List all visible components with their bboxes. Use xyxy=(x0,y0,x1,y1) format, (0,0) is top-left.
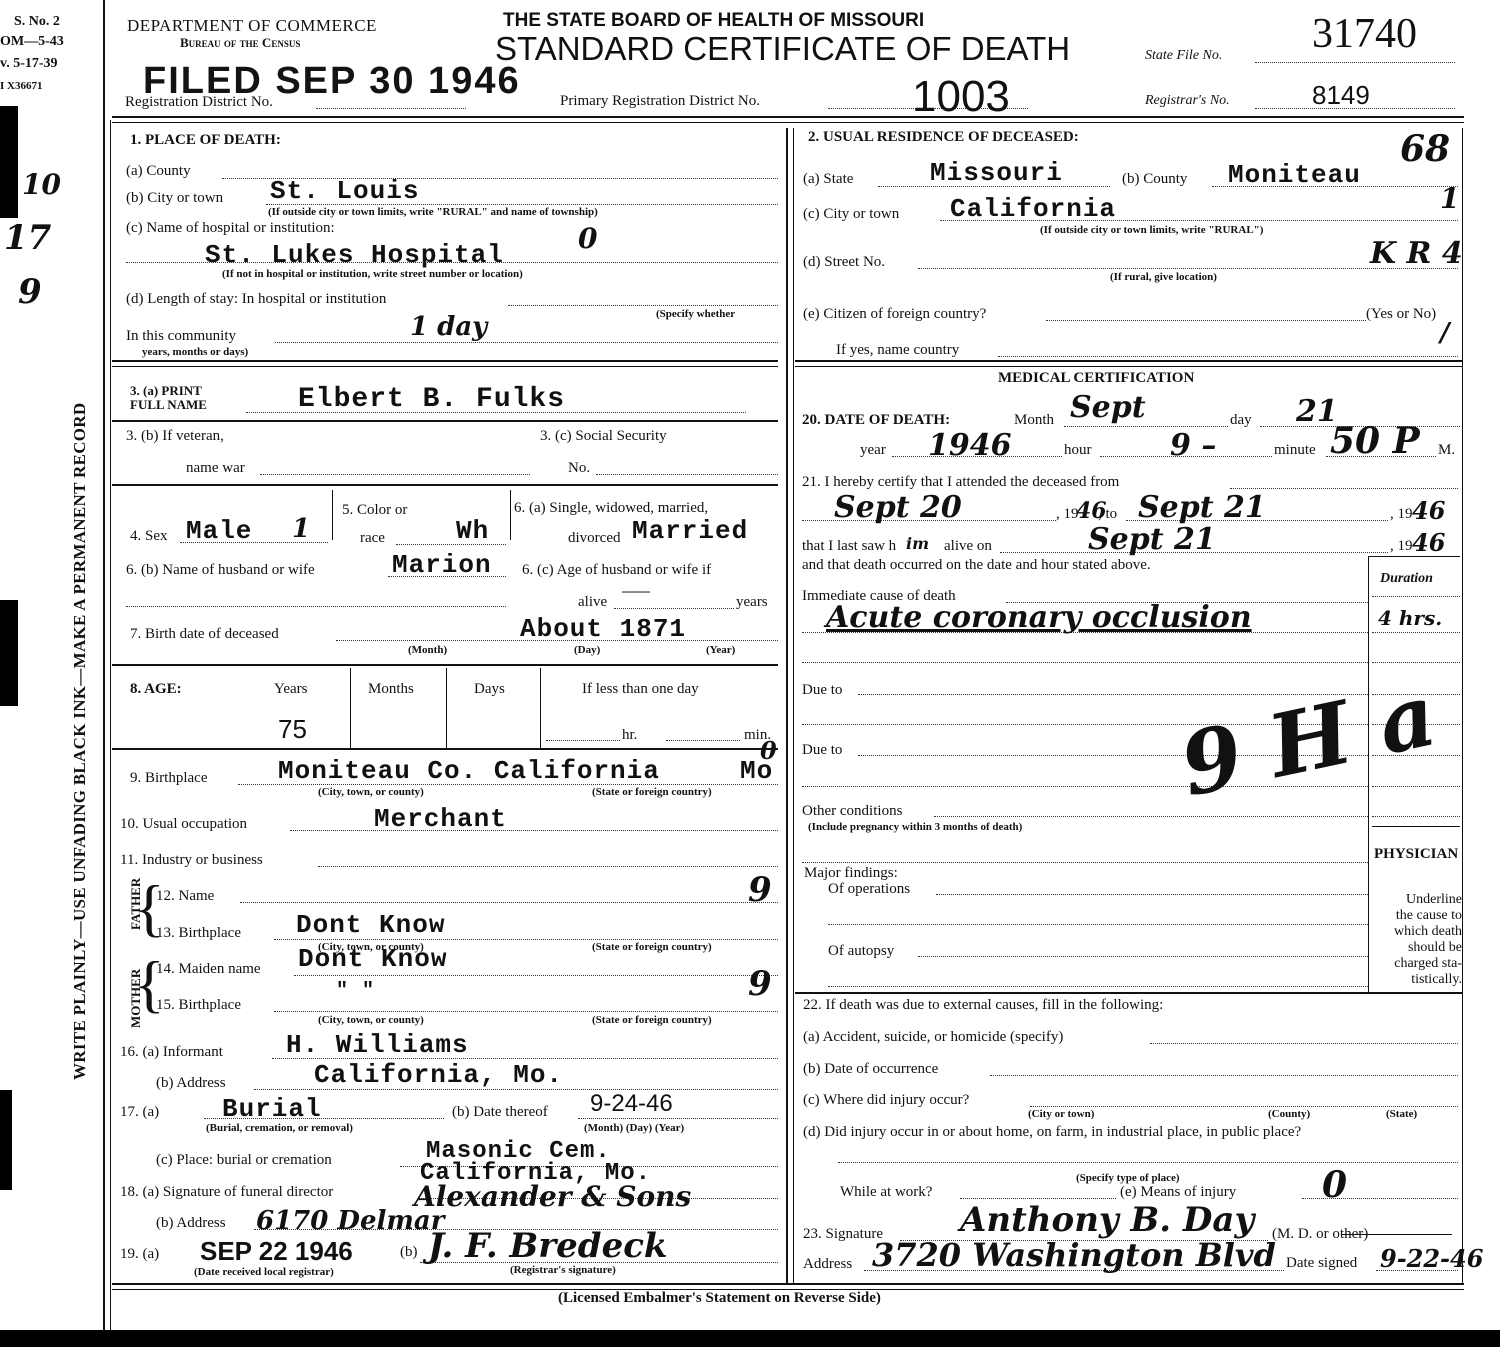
marital-value: Married xyxy=(632,516,748,546)
received-label: 19. (a) xyxy=(120,1246,159,1263)
hospital-field[interactable] xyxy=(126,262,778,263)
form-code-3: v. 5-17-39 xyxy=(0,56,58,72)
race-label: race xyxy=(360,530,385,547)
full-name-value: Elbert B. Fulks xyxy=(298,384,565,415)
father-birthplace-label: 13. Birthplace xyxy=(156,925,241,942)
underline-note-line: tistically. xyxy=(1372,972,1462,988)
department-label: DEPARTMENT OF COMMERCE xyxy=(127,16,377,36)
physician-label: PHYSICIAN xyxy=(1374,846,1458,863)
underline-note-line: charged sta- xyxy=(1372,956,1462,972)
form-code-1: S. No. 2 xyxy=(14,14,60,30)
frame-right-line xyxy=(1462,128,1463,1283)
birthplace-city-note: (City, town, or county) xyxy=(318,786,424,798)
hospital-mark: 0 xyxy=(578,222,597,255)
disposition-date-value: 9-24-46 xyxy=(590,1090,673,1118)
citizen-field[interactable] xyxy=(1046,320,1366,321)
birthdate-label: 7. Birth date of deceased xyxy=(130,626,279,643)
age-col-months: Months xyxy=(368,681,414,698)
mother-maiden-value: Dont Know xyxy=(298,944,447,974)
marital-label: 6. (a) Single, widowed, married, xyxy=(514,500,708,517)
other-conditions-field[interactable] xyxy=(934,816,1368,817)
age-min-field[interactable] xyxy=(666,740,740,741)
divider xyxy=(332,490,333,540)
registrar-signature: J. F. Bredeck xyxy=(428,1226,667,1266)
age-col-less-than-day: If less than one day xyxy=(582,681,699,698)
mother-mark: 9 xyxy=(748,964,772,1004)
stay-label: (d) Length of stay: In hospital or insti… xyxy=(126,291,386,308)
city-value: St. Louis xyxy=(270,176,419,206)
registrar-signature-note: (Registrar's signature) xyxy=(510,1264,616,1276)
community-label: In this community xyxy=(126,328,236,345)
redaction-bar xyxy=(0,600,18,706)
signature-address-label: Address xyxy=(803,1256,852,1273)
hour-label: hour xyxy=(1064,442,1092,459)
immediate-cause-value: Acute coronary occlusion xyxy=(826,600,1252,635)
birthdate-col-day: (Day) xyxy=(574,644,600,656)
registrar-number: 8149 xyxy=(1312,80,1370,111)
mother-birthplace-field[interactable] xyxy=(274,1011,778,1012)
street-label: (d) Street No. xyxy=(803,254,885,271)
external-c-label: (c) Where did injury occur? xyxy=(803,1092,969,1109)
residence-heading: 2. USUAL RESIDENCE OF DECEASED: xyxy=(808,129,1079,146)
coder-mark: 9 H a xyxy=(1172,664,1444,816)
residence-city-mark: 1 xyxy=(1440,182,1459,215)
disposition-date-label: (b) Date thereof xyxy=(452,1104,548,1121)
last-year-prefix: , 19 xyxy=(1390,538,1413,555)
ssn-label: 3. (c) Social Security xyxy=(540,428,667,445)
age-col-years: Years xyxy=(274,681,307,698)
redaction-bar xyxy=(0,106,18,218)
section-rule xyxy=(795,366,1462,367)
primary-district-label: Primary Registration District No. xyxy=(560,93,760,110)
date-signed-value: 9-22-46 xyxy=(1380,1244,1483,1273)
year-label: year xyxy=(860,442,886,459)
strike-other xyxy=(1342,1234,1452,1235)
hospital-value: St. Lukes Hospital xyxy=(205,240,504,270)
citizen-label: (e) Citizen of foreign country? xyxy=(803,306,986,323)
means-of-injury-mark: 0 xyxy=(1322,1164,1347,1206)
sex-label: 4. Sex xyxy=(130,528,168,545)
disposition-date-field[interactable] xyxy=(578,1118,778,1119)
certify-field[interactable] xyxy=(1230,488,1458,489)
funeral-director-signature: Alexander & Sons xyxy=(414,1180,691,1213)
community-field[interactable] xyxy=(275,342,778,343)
center-divider-inner xyxy=(793,128,794,1283)
physician-signature: Anthony B. Day xyxy=(960,1200,1254,1240)
external-c-state: (State) xyxy=(1386,1108,1417,1120)
year-value: 1946 xyxy=(928,428,1012,463)
alive-on-label: alive on xyxy=(944,538,992,555)
frame-left-line xyxy=(103,0,105,1330)
community-value: 1 day xyxy=(410,312,487,342)
divider xyxy=(540,668,541,748)
registration-district-label: Registration District No. xyxy=(125,94,273,111)
industry-field[interactable] xyxy=(318,866,778,867)
month-label: Month xyxy=(1014,412,1054,429)
residence-code-mark: 68 xyxy=(1400,128,1450,170)
form-code-2: OM—5-43 xyxy=(0,34,64,50)
external-d-field[interactable] xyxy=(838,1162,1458,1163)
informant-value: H. Williams xyxy=(286,1030,469,1060)
divider xyxy=(446,668,447,748)
informant-address-label: (b) Address xyxy=(156,1075,226,1092)
external-b-field[interactable] xyxy=(990,1075,1458,1076)
industry-label: 11. Industry or business xyxy=(120,852,263,869)
vertical-instruction: WRITE PLAINLY—USE UNFADING BLACK INK—MAK… xyxy=(70,403,90,1080)
bottom-rule xyxy=(112,1283,1464,1285)
street-mark: K R 4 xyxy=(1370,236,1463,271)
mother-birthplace-label: 15. Birthplace xyxy=(156,997,241,1014)
city-note: (If outside city or town limits, write "… xyxy=(268,206,598,218)
to-date-value: Sept 21 xyxy=(1138,490,1266,525)
funeral-director-address-value: 6170 Delmar xyxy=(256,1206,444,1236)
age-years-value: 75 xyxy=(278,714,307,745)
spouse-value: Marion xyxy=(392,550,492,580)
father-birthplace-value: Dont Know xyxy=(296,910,445,940)
disposition-method-note: (Burial, cremation, or removal) xyxy=(206,1122,353,1134)
hospital-note: (If not in hospital or institution, writ… xyxy=(222,268,523,280)
occurred-label: and that death occurred on the date and … xyxy=(802,557,1151,574)
duration-line[interactable] xyxy=(1372,786,1460,787)
hour-value: 9 – xyxy=(1170,428,1216,463)
full-name-label-line2: FULL NAME xyxy=(130,398,207,412)
autopsy-field-2[interactable] xyxy=(828,986,1368,987)
occupation-value: Merchant xyxy=(374,804,507,834)
country-label: If yes, name country xyxy=(836,342,959,359)
certify-label: 21. I hereby certify that I attended the… xyxy=(802,474,1119,491)
divider xyxy=(350,668,351,748)
veteran-label: 3. (b) If veteran, xyxy=(126,428,224,445)
mother-state-note: (State or foreign country) xyxy=(592,1014,712,1026)
signature-address-value: 3720 Washington Blvd xyxy=(872,1236,1276,1274)
spouse-age-value: —— xyxy=(622,584,650,600)
birthplace-value: Moniteau Co. California xyxy=(278,756,660,786)
residence-county-value: Moniteau xyxy=(1228,160,1361,190)
autopsy-label: Of autopsy xyxy=(828,943,894,960)
section-rule xyxy=(795,360,1462,362)
alive-label: alive xyxy=(578,594,607,611)
day-label: day xyxy=(1230,412,1252,429)
residence-city-note: (If outside city or town limits, write "… xyxy=(1040,224,1263,236)
underline-note-line: Underline xyxy=(1372,892,1462,908)
county-label: (a) County xyxy=(126,163,191,180)
certificate-title: STANDARD CERTIFICATE OF DEATH xyxy=(495,30,1070,68)
citizen-yesno: (Yes or No) xyxy=(1366,306,1436,323)
header-rule xyxy=(112,116,1464,118)
divider xyxy=(510,490,511,540)
birthplace-state-value: Mo xyxy=(740,756,773,786)
cause-line[interactable] xyxy=(802,862,1368,863)
last-saw-label: that I last saw h xyxy=(802,538,896,555)
external-c-county: (County) xyxy=(1268,1108,1310,1120)
color-label: 5. Color or xyxy=(342,502,407,519)
board-label: THE STATE BOARD OF HEALTH OF MISSOURI xyxy=(503,10,924,32)
spouse-age-field[interactable] xyxy=(614,608,734,609)
burial-place-label: (c) Place: burial or cremation xyxy=(156,1152,332,1169)
cause-line[interactable] xyxy=(802,662,1368,663)
race-value: Wh xyxy=(456,516,489,546)
birthdate-col-year: (Year) xyxy=(706,644,735,656)
signature-label: 23. Signature xyxy=(803,1226,883,1243)
age-hr-field[interactable] xyxy=(546,740,620,741)
section-rule xyxy=(112,420,778,422)
mother-maiden-label: 14. Maiden name xyxy=(156,961,261,978)
external-b-label: (b) Date of occurrence xyxy=(803,1061,938,1078)
occupation-field[interactable] xyxy=(290,830,778,831)
date-of-death-label: 20. DATE OF DEATH: xyxy=(802,412,950,429)
external-c-city: (City or town) xyxy=(1028,1108,1094,1120)
section-rule xyxy=(112,748,778,750)
age-label: 8. AGE: xyxy=(130,681,182,698)
from-date-value: Sept 20 xyxy=(834,490,962,525)
full-name-label: 3. (a) PRINT FULL NAME xyxy=(130,384,207,412)
funeral-director-label: 18. (a) Signature of funeral director xyxy=(120,1184,333,1201)
war-label: name war xyxy=(186,460,245,477)
footer-note: (Licensed Embalmer's Statement on Revers… xyxy=(558,1290,881,1307)
while-at-work-field[interactable] xyxy=(960,1198,1116,1199)
minute-value: 50 P xyxy=(1330,420,1420,462)
disposition-date-cols: (Month) (Day) (Year) xyxy=(584,1122,684,1134)
years-label: years xyxy=(736,594,768,611)
external-a-field[interactable] xyxy=(1150,1043,1458,1044)
duration-line[interactable] xyxy=(1372,662,1460,663)
operations-field-2[interactable] xyxy=(828,924,1368,925)
mother-maiden-field[interactable] xyxy=(294,975,778,976)
received-date-stamp: SEP 22 1946 xyxy=(200,1236,353,1267)
section-rule xyxy=(112,360,778,362)
external-d-label: (d) Did injury occur in or about home, o… xyxy=(803,1124,1301,1141)
frame-left-inner-line xyxy=(110,120,111,1330)
medical-heading: MEDICAL CERTIFICATION xyxy=(998,370,1194,387)
external-specify-note: (Specify type of place) xyxy=(1076,1172,1180,1184)
hr-label: hr. xyxy=(622,727,637,744)
duration-bottom-rule xyxy=(1372,826,1460,827)
scan-bottom-edge xyxy=(0,1330,1500,1347)
father-name-field[interactable] xyxy=(240,902,778,903)
due-to-label-1: Due to xyxy=(802,682,842,699)
age-col-days: Days xyxy=(474,681,505,698)
residence-county-label: (b) County xyxy=(1122,171,1187,188)
received-note: (Date received local registrar) xyxy=(194,1266,334,1278)
to-label: , to xyxy=(1098,506,1117,523)
residence-city-value: California xyxy=(950,194,1116,224)
duration-top-rule xyxy=(1368,556,1460,557)
underline-note-line: the cause to xyxy=(1372,908,1462,924)
redaction-bar xyxy=(0,1090,12,1190)
race-field[interactable] xyxy=(396,544,506,545)
place-of-death-heading: 1. PLACE OF DEATH: xyxy=(130,132,281,149)
underline-note: Underline the cause to which death shoul… xyxy=(1372,892,1462,988)
section-rule xyxy=(112,366,778,367)
ssn-no-label: No. xyxy=(568,460,590,477)
primary-district-number: 1003 xyxy=(912,72,1010,122)
spouse-label: 6. (b) Name of husband or wife xyxy=(126,562,315,579)
birthplace-label: 9. Birthplace xyxy=(130,770,207,787)
operations-label: Of operations xyxy=(828,881,910,898)
underline-note-line: should be xyxy=(1372,940,1462,956)
father-name-label: 12. Name xyxy=(156,888,214,905)
while-at-work-label: While at work? xyxy=(840,1184,932,1201)
autopsy-field[interactable] xyxy=(918,956,1368,957)
immediate-duration-value: 4 hrs. xyxy=(1378,606,1442,630)
street-note: (If rural, give location) xyxy=(1110,271,1217,283)
registrar-b-label: (b) xyxy=(400,1244,418,1261)
ssn-field[interactable] xyxy=(596,474,778,475)
last-saw-him: im xyxy=(906,534,929,553)
operations-field[interactable] xyxy=(936,894,1368,895)
disposition-method-value: Burial xyxy=(222,1094,322,1124)
citizen-mark: / xyxy=(1440,318,1450,348)
section-rule xyxy=(112,664,778,666)
section-rule xyxy=(795,992,1462,994)
form-code-4: I X36671 xyxy=(0,80,42,92)
duration-label: Duration xyxy=(1380,571,1433,587)
spouse-age-label: 6. (c) Age of husband or wife if xyxy=(522,562,711,579)
section-rule xyxy=(112,484,778,486)
external-c-field[interactable] xyxy=(1030,1106,1458,1107)
funeral-director-address-label: (b) Address xyxy=(156,1215,226,1232)
occupation-label: 10. Usual occupation xyxy=(120,816,247,833)
father-mark: 9 xyxy=(748,870,772,910)
side-note-2: 17 xyxy=(4,218,51,258)
birthdate-value: About 1871 xyxy=(520,614,686,644)
country-field[interactable] xyxy=(998,356,1458,357)
residence-city-label: (c) City or town xyxy=(803,206,899,223)
duration-field-top[interactable] xyxy=(1372,596,1460,597)
last-saw-date-value: Sept 21 xyxy=(1088,522,1216,557)
m-label: M. xyxy=(1438,442,1455,459)
header-rule-2 xyxy=(112,122,1464,123)
major-findings-label: Major findings: xyxy=(804,865,898,882)
marital-label-2: divorced xyxy=(568,530,620,547)
mother-birthplace-value: " " xyxy=(336,980,375,1003)
means-of-injury-label: (e) Means of injury xyxy=(1120,1184,1236,1201)
underline-note-line: which death xyxy=(1372,924,1462,940)
birthdate-col-month: (Month) xyxy=(408,644,447,656)
sex-value: Male xyxy=(186,516,252,546)
specify-note: (Specify whether xyxy=(656,308,735,320)
state-label: (a) State xyxy=(803,171,853,188)
disposition-a-label: 17. (a) xyxy=(120,1104,159,1121)
month-value: Sept xyxy=(1070,390,1146,425)
external-a-label: (a) Accident, suicide, or homicide (spec… xyxy=(803,1029,1063,1046)
city-label: (b) City or town xyxy=(126,190,223,207)
father-state-note: (State or foreign country) xyxy=(592,941,712,953)
state-file-number: 31740 xyxy=(1312,10,1417,58)
mother-city-note: (City, town, or county) xyxy=(318,1014,424,1026)
registration-district-field xyxy=(316,108,466,109)
side-note-3: 9 xyxy=(18,272,42,312)
last-year-value: 46 xyxy=(1412,528,1445,557)
informant-address-value: California, Mo. xyxy=(314,1060,563,1090)
sex-mark: 1 xyxy=(292,514,310,544)
other-conditions-note: (Include pregnancy within 3 months of de… xyxy=(808,821,1022,833)
due-to-label-2: Due to xyxy=(802,742,842,759)
month-field[interactable] xyxy=(1064,426,1228,427)
bureau-label: Bureau of the Census xyxy=(180,35,300,51)
war-field[interactable] xyxy=(260,474,530,475)
stay-field[interactable] xyxy=(508,305,778,306)
full-name-label-line1: 3. (a) PRINT xyxy=(130,384,207,398)
duration-line[interactable] xyxy=(1372,816,1460,817)
other-conditions-label: Other conditions xyxy=(802,803,902,820)
state-file-field xyxy=(1255,62,1455,63)
birthplace-state-note: (State or foreign country) xyxy=(592,786,712,798)
to-year-prefix: , 19 xyxy=(1390,506,1413,523)
spouse-field-2[interactable] xyxy=(126,606,506,607)
state-value: Missouri xyxy=(930,158,1063,188)
informant-label: 16. (a) Informant xyxy=(120,1044,223,1061)
state-file-label: State File No. xyxy=(1145,48,1222,64)
external-heading: 22. If death was due to external causes,… xyxy=(803,997,1163,1014)
duration-field[interactable] xyxy=(1372,632,1460,633)
to-year-value: 46 xyxy=(1412,496,1445,525)
minute-label: minute xyxy=(1274,442,1316,459)
community-note: years, months or days) xyxy=(142,346,248,358)
center-divider xyxy=(786,128,788,1283)
registrar-no-label: Registrar's No. xyxy=(1145,93,1230,109)
date-signed-label: Date signed xyxy=(1286,1255,1357,1272)
hospital-label: (c) Name of hospital or institution: xyxy=(126,220,335,237)
side-note-1: 10 xyxy=(22,168,61,201)
